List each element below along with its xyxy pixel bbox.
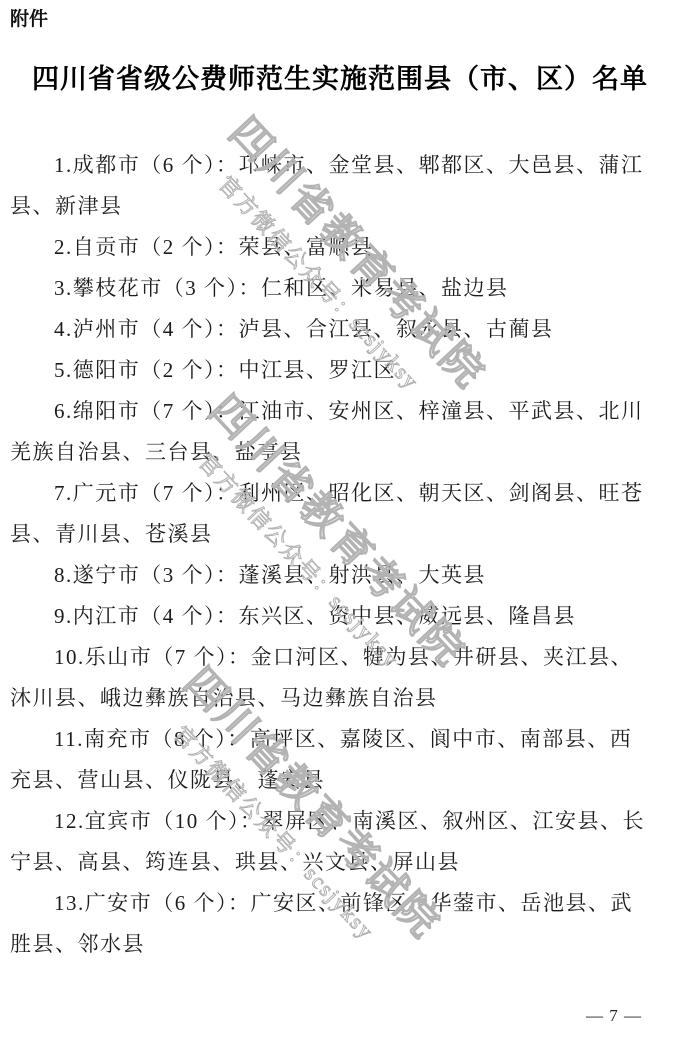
page-title: 四川省省级公费师范生实施范围县（市、区）名单 (0, 60, 680, 98)
list-item: 9.内江市（4 个）：东兴区、资中县、威远县、隆昌县 (10, 596, 670, 637)
page-number: — 7 — (586, 1006, 642, 1026)
list-item: 7.广元市（7 个）：利州区、昭化区、朝天区、剑阁县、旺苍 县、青川县、苍溪县 (10, 473, 670, 555)
list-item: 8.遂宁市（3 个）：蓬溪县、射洪县、大英县 (10, 555, 670, 596)
county-list: 1.成都市（6 个）：邛崃市、金堂县、郫都区、大邑县、蒲江 县、新津县 2.自贡… (0, 145, 680, 965)
list-item: 3.攀枝花市（3 个）：仁和区、米易县、盐边县 (10, 268, 670, 309)
list-item: 1.成都市（6 个）：邛崃市、金堂县、郫都区、大邑县、蒲江 县、新津县 (10, 145, 670, 227)
list-item: 5.德阳市（2 个）：中江县、罗江区 (10, 350, 670, 391)
list-item: 11.南充市（8 个）：高坪区、嘉陵区、阆中市、南部县、西 充县、营山县、仪陇县… (10, 719, 670, 801)
list-item: 10.乐山市（7 个）：金口河区、犍为县、井研县、夹江县、 沐川县、峨边彝族自治… (10, 637, 670, 719)
list-item: 13.广安市（6 个）：广安区、前锋区、华蓥市、岳池县、武 胜县、邻水县 (10, 883, 670, 965)
list-item: 2.自贡市（2 个）：荣县、富顺县 (10, 227, 670, 268)
attachment-label: 附件 (10, 8, 680, 32)
list-item: 6.绵阳市（7 个）：江油市、安州区、梓潼县、平武县、北川 羌族自治县、三台县、… (10, 391, 670, 473)
list-item: 12.宜宾市（10 个）：翠屏区、南溪区、叙州区、江安县、长 宁县、高县、筠连县… (10, 801, 670, 883)
list-item: 4.泸州市（4 个）：泸县、合江县、叙永县、古蔺县 (10, 309, 670, 350)
